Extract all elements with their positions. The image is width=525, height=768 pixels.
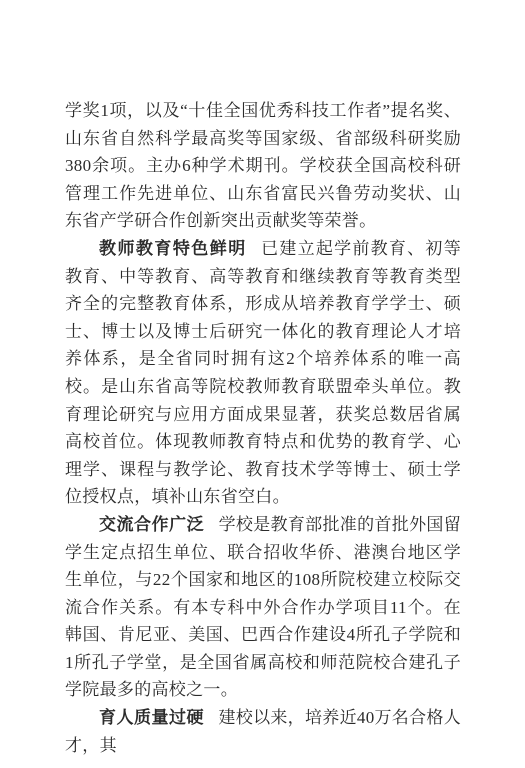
paragraph-text: 学校是教育部批准的首批外国留学生定点招生单位、联合招收华侨、港澳台地区学生单位，… [65, 515, 461, 700]
paragraph-continuation: 学奖1项，以及“十佳全国优秀科技工作者”提名奖、山东省自然科学最高奖等国家级、省… [65, 97, 461, 235]
paragraph-text: 已建立起学前教育、初等教育、中等教育、高等教育和继续教育等教育类型齐全的完整教育… [65, 239, 461, 506]
document-page: 学奖1项，以及“十佳全国优秀科技工作者”提名奖、山东省自然科学最高奖等国家级、省… [0, 0, 525, 768]
paragraph-text: 学奖1项，以及“十佳全国优秀科技工作者”提名奖、山东省自然科学最高奖等国家级、省… [65, 101, 461, 230]
paragraph-teacher-education: 教师教育特色鲜明已建立起学前教育、初等教育、中等教育、高等教育和继续教育等教育类… [65, 235, 461, 511]
paragraph-education-quality: 育人质量过硬建校以来，培养近40万名合格人才，其 [65, 704, 461, 759]
paragraph-exchange-cooperation: 交流合作广泛学校是教育部批准的首批外国留学生定点招生单位、联合招收华侨、港澳台地… [65, 511, 461, 704]
text-block: 学奖1项，以及“十佳全国优秀科技工作者”提名奖、山东省自然科学最高奖等国家级、省… [65, 97, 461, 759]
paragraph-lead: 交流合作广泛 [99, 515, 204, 534]
paragraph-lead: 育人质量过硬 [99, 708, 204, 727]
paragraph-lead: 教师教育特色鲜明 [99, 239, 247, 258]
